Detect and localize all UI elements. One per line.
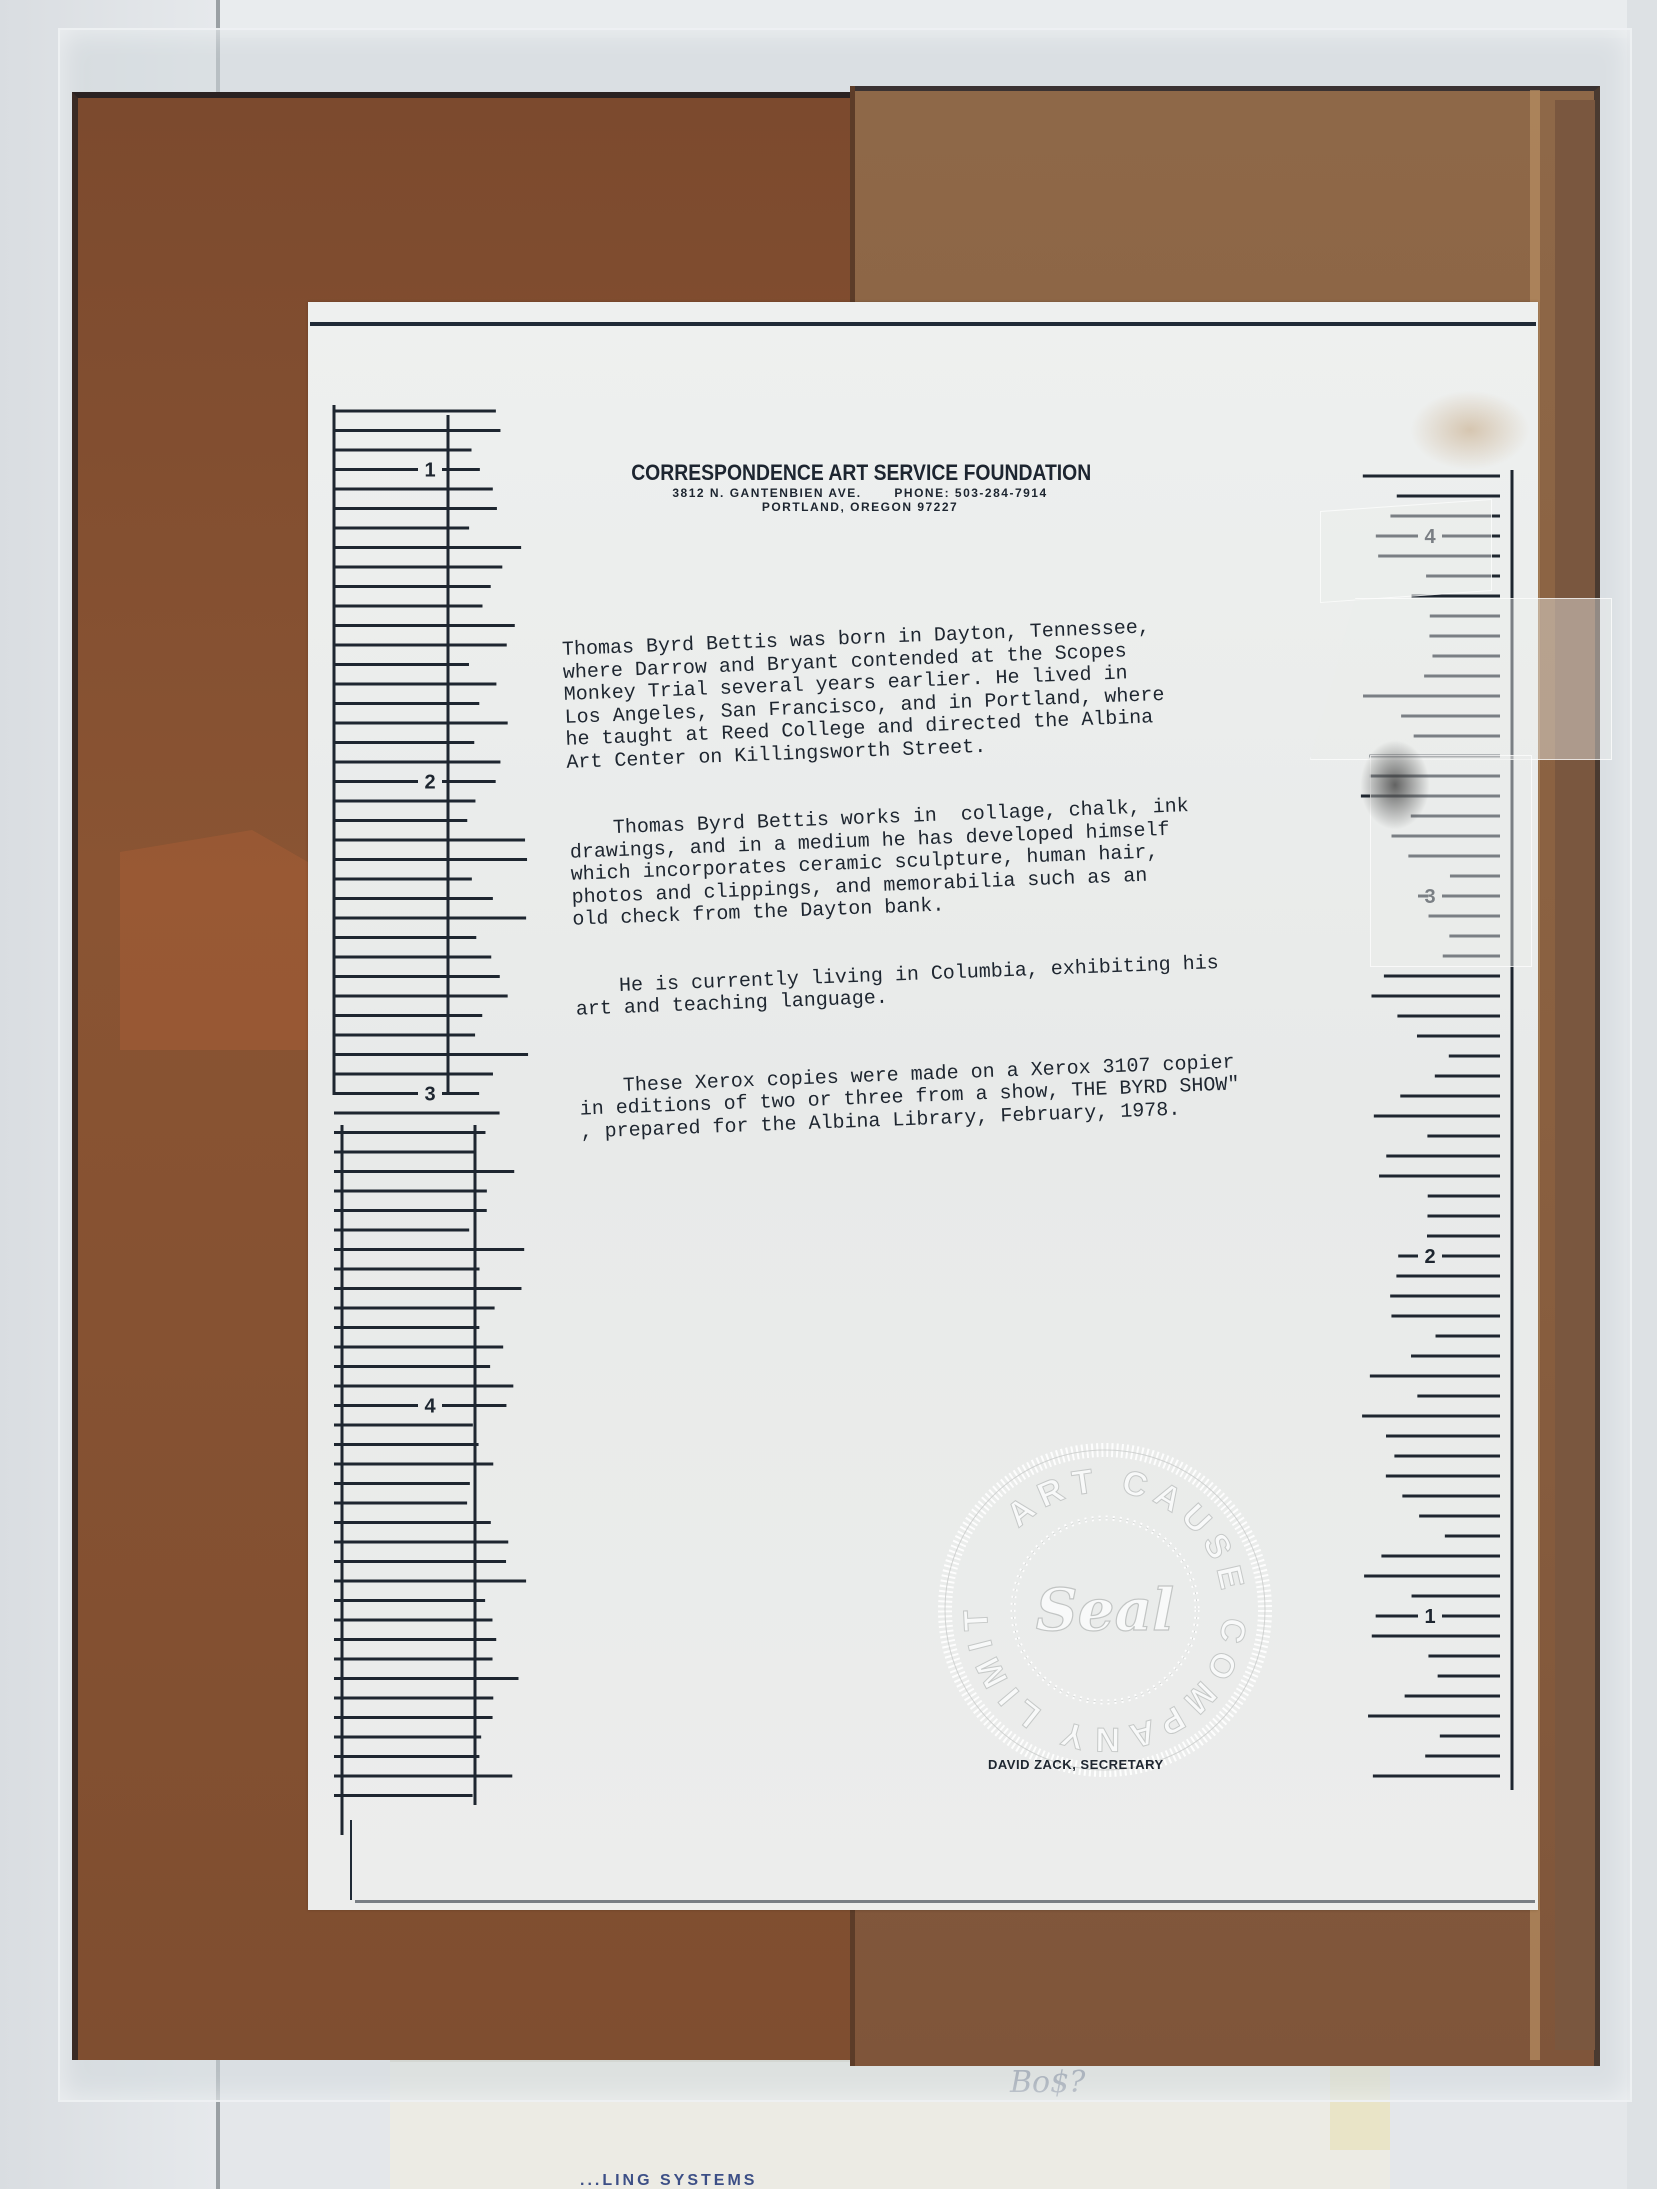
paragraph-biography: Thomas Byrd Bettis was born in Dayton, T… xyxy=(562,610,1347,775)
page-top-rule xyxy=(310,322,1536,326)
paragraph-current: He is currently living in Columbia, exhi… xyxy=(575,947,1356,1022)
svg-text:2: 2 xyxy=(424,772,435,794)
svg-text:2: 2 xyxy=(1424,1246,1435,1268)
secretary-signature: DAVID ZACK, SECRETARY xyxy=(988,1757,1164,1772)
tape-stain xyxy=(1360,740,1430,830)
svg-text:1: 1 xyxy=(424,460,435,482)
address-row: 3812 N. GANTENBIEN AVE. PHONE: 503-284-7… xyxy=(600,486,1120,500)
embossed-seal: ART CAUSE COMPANY LIMITED Seal xyxy=(935,1440,1275,1780)
street-address: 3812 N. GANTENBIEN AVE. xyxy=(672,486,861,500)
tape-strip-middle xyxy=(1310,598,1612,760)
cardboard-flap xyxy=(1555,100,1595,2050)
letterhead: CORRESPONDENCE ART SERVICE FOUNDATION 38… xyxy=(600,460,1120,514)
city-row: PORTLAND, OREGON 97227 xyxy=(600,500,1120,514)
letter-body: Thomas Byrd Bettis was born in Dayton, T… xyxy=(560,565,1361,1167)
rust-stain xyxy=(1410,390,1530,470)
svg-text:4: 4 xyxy=(424,1396,436,1418)
svg-text:1: 1 xyxy=(1424,1606,1435,1628)
paragraph-xerox: These Xerox copies were made on a Xerox … xyxy=(579,1047,1361,1144)
org-name: CORRESPONDENCE ART SERVICE FOUNDATION xyxy=(631,460,1089,486)
torn-cardboard-patch xyxy=(120,830,340,1050)
tape-strip-top xyxy=(1320,499,1492,603)
paragraph-media: Thomas Byrd Bettis works in collage, cha… xyxy=(569,790,1353,932)
page-bottom-rule xyxy=(355,1900,1535,1903)
svg-text:3: 3 xyxy=(424,1084,435,1106)
left-ruler-graphic: 1234 xyxy=(320,405,540,1845)
phone-number: PHONE: 503-284-7914 xyxy=(894,486,1047,500)
underlying-paper-label: ...LING SYSTEMS xyxy=(580,2172,757,2189)
seal-center-text: Seal xyxy=(1036,1576,1174,1644)
